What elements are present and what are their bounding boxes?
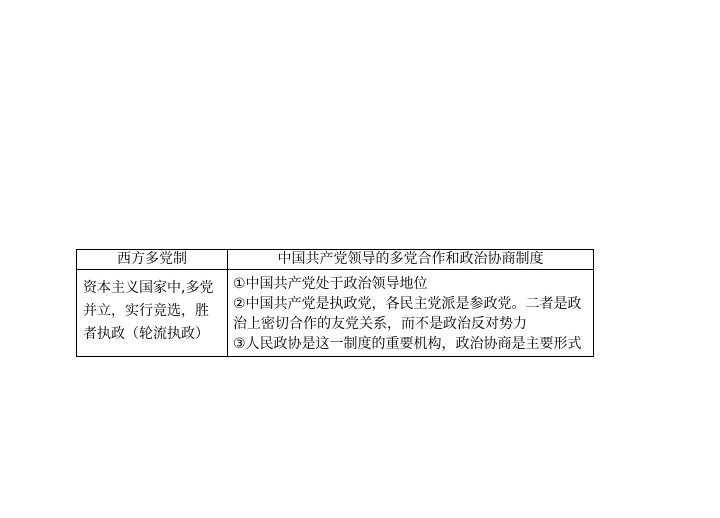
comparison-table: 西方多党制 中国共产党领导的多党合作和政治协商制度 资本主义国家中,多党并立，实…: [76, 249, 594, 357]
document-page: 西方多党制 中国共产党领导的多党合作和政治协商制度 资本主义国家中,多党并立，实…: [0, 0, 720, 518]
cell-western-description: 资本主义国家中,多党并立，实行竞选，胜者执政（轮流执政）: [77, 270, 228, 357]
cpc-item-2: ②中国共产党是执政党，各民主党派是参政党。二者是政治上密切合作的友党关系，而不是…: [233, 294, 589, 334]
header-western-multiparty-system: 西方多党制: [77, 250, 228, 270]
table-header-row: 西方多党制 中国共产党领导的多党合作和政治协商制度: [77, 250, 594, 270]
header-cpc-cooperation-system: 中国共产党领导的多党合作和政治协商制度: [228, 250, 594, 270]
cpc-item-1: ①中国共产党处于政治领导地位: [233, 274, 589, 294]
cell-cpc-description: ①中国共产党处于政治领导地位 ②中国共产党是执政党，各民主党派是参政党。二者是政…: [228, 270, 594, 357]
cpc-item-3: ③人民政协是这一制度的重要机构，政治协商是主要形式: [233, 334, 589, 354]
table-body-row: 资本主义国家中,多党并立，实行竞选，胜者执政（轮流执政） ①中国共产党处于政治领…: [77, 270, 594, 357]
